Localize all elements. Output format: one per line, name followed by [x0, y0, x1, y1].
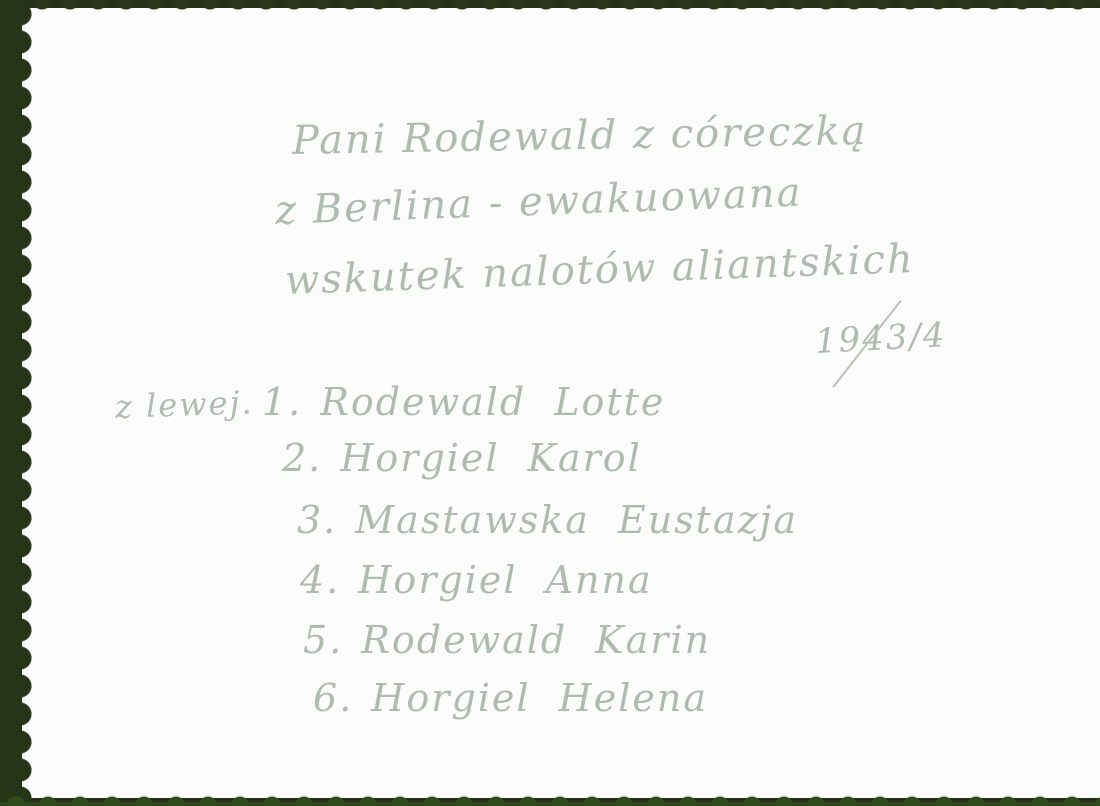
list-prefix: z lewej. — [114, 383, 254, 426]
list-item-first-name: Karin — [595, 618, 711, 662]
list-item-first-name: Eustazja — [618, 498, 798, 542]
deckle-edge-left — [0, 0, 40, 806]
list-item-surname: Horgiel — [340, 436, 499, 480]
list-item: 5.RodewaldKarin — [303, 618, 711, 662]
list-item-surname: Rodewald — [320, 380, 526, 424]
list-item-surname: Horgiel — [371, 676, 530, 720]
deckle-edge-top — [0, 0, 1100, 14]
list-item-first-name: Lotte — [554, 380, 665, 424]
list-item-number: 4. — [300, 558, 340, 602]
list-item-surname: Mastawska — [355, 498, 590, 542]
list-item: 6.HorgielHelena — [313, 676, 708, 720]
list-item-number: 1. — [262, 380, 302, 424]
list-item-first-name: Anna — [546, 558, 653, 602]
list-item-first-name: Karol — [528, 436, 642, 480]
list-item-surname: Horgiel — [358, 558, 517, 602]
list-item-number: 5. — [303, 618, 343, 662]
list-item-number: 2. — [282, 436, 322, 480]
list-item-surname: Rodewald — [361, 618, 567, 662]
list-item-first-name: Helena — [559, 676, 708, 720]
date: 1943/4 — [814, 315, 948, 362]
list-item-number: 3. — [297, 498, 337, 542]
list-item: 2.HorgielKarol — [282, 436, 642, 480]
list-item: 3.MastawskaEustazja — [297, 498, 798, 542]
list-item: 1.RodewaldLotte — [262, 380, 665, 424]
deckle-edge-bottom — [0, 792, 1100, 806]
list-item-number: 6. — [313, 676, 353, 720]
list-item: 4.HorgielAnna — [300, 558, 653, 602]
